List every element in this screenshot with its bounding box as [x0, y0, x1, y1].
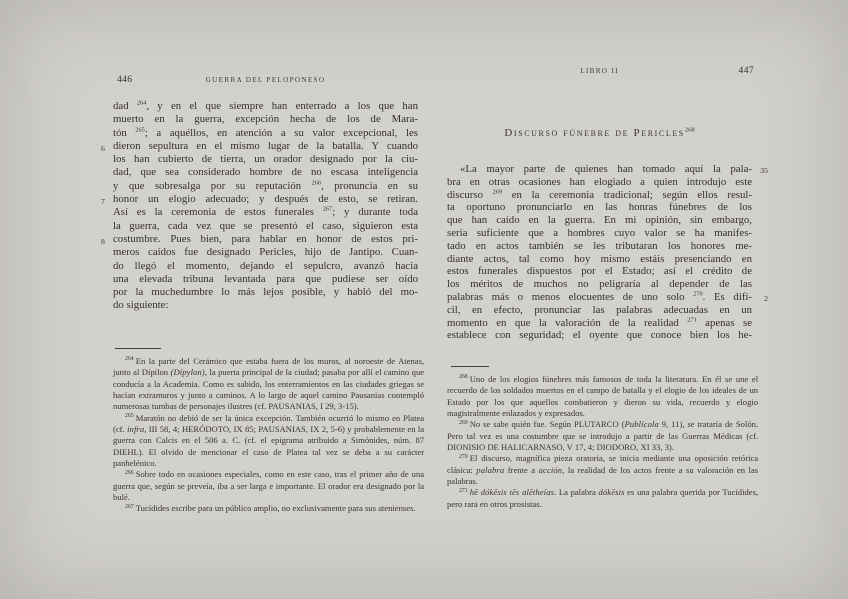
- body-line: ta oportuno pronunciarlo en las honras f…: [447, 201, 752, 214]
- left-footnote-rule: [115, 348, 161, 349]
- body-line: «La mayor parte de quienes han tomado aq…: [447, 163, 752, 176]
- body-line: honor un elogio adecuado; y después de e…: [113, 193, 418, 206]
- body-line: sería suficiente que a hombres cuyo valo…: [447, 227, 752, 240]
- chapter-heading-text: Discurso fúnebre de Pericles: [504, 127, 684, 139]
- footnote-number: 271: [459, 488, 468, 494]
- footnote-267: 267Tucídides escribe para un público amp…: [113, 503, 424, 514]
- footnote-number: 265: [125, 413, 134, 419]
- body-line: los méritos de muchos no peligraría al d…: [447, 278, 752, 291]
- body-line: los han cubierto de tierra, un orador de…: [113, 153, 418, 166]
- body-line: estos funerales dispuestos por el Estado…: [447, 265, 752, 278]
- footnote-number: 264: [125, 356, 134, 362]
- chapter-heading: Discurso fúnebre de Pericles268: [447, 127, 752, 139]
- body-line: palabras más o menos elocuentes de uno s…: [447, 291, 752, 304]
- body-line: do llegó el momento, dejando el sepulcro…: [113, 260, 418, 273]
- right-running-head: LIBRO II: [447, 67, 752, 75]
- body-line: tado en actos también se les tributaran …: [447, 240, 752, 253]
- right-footnote-rule: [451, 366, 489, 367]
- right-footnotes: 268Uno de los elogios fúnebres más famos…: [447, 374, 758, 510]
- footnote-265: 265Maratón no debió de ser la única exce…: [113, 413, 424, 470]
- book-scan: 446 GUERRA DEL PELOPONESO dad 264, y en …: [0, 0, 848, 599]
- left-body-text: dad 264, y en el que siempre han enterra…: [113, 100, 418, 313]
- page-left-446: 446 GUERRA DEL PELOPONESO dad 264, y en …: [113, 0, 418, 599]
- body-line: discurso 269 en la ceremonia tradicional…: [447, 189, 752, 202]
- margin-section-number: 2: [764, 293, 768, 306]
- body-line: cil, en efecto, pronunciar las palabras …: [447, 304, 752, 317]
- body-line: una elevada tribuna levantada para que p…: [113, 273, 418, 286]
- body-line: la guerra, cada vez que se presentó el c…: [113, 220, 418, 233]
- body-line: diante actos, tal como hoy mismo estáis …: [447, 253, 752, 266]
- right-page-number: 447: [739, 66, 754, 76]
- body-line: dad 264, y en el que siempre han enterra…: [113, 100, 418, 113]
- body-line: dad, que sea considerado hombre de no es…: [113, 166, 418, 179]
- footnote-number: 270: [459, 454, 468, 460]
- body-line: momento en que la valoración de la reali…: [447, 317, 752, 330]
- footnote-number: 268: [459, 374, 468, 380]
- footnote-266: 266Sobre todo en ocasiones especiales, c…: [113, 469, 424, 503]
- footnote-271: 271hē dókēsis tēs alētheías. La palabra …: [447, 487, 758, 510]
- footnote-268: 268Uno de los elogios fúnebres más famos…: [447, 374, 758, 419]
- body-line: do siguiente:: [113, 299, 418, 312]
- body-line: Así es la ceremonia de estos funerales 2…: [113, 206, 418, 219]
- left-running-head: GUERRA DEL PELOPONESO: [113, 76, 418, 84]
- margin-section-number: 7: [101, 195, 105, 208]
- left-page-header: 446 GUERRA DEL PELOPONESO: [113, 76, 418, 84]
- page-right-447: LIBRO II 447 Discurso fúnebre de Pericle…: [447, 0, 752, 599]
- left-footnotes: 264En la parte del Cerámico que estaba f…: [113, 356, 424, 515]
- left-page-number: 446: [117, 75, 132, 85]
- footnote-269: 269No se sabe quién fue. Según PLUTARCO …: [447, 419, 758, 453]
- chapter-heading-footnote-ref: 268: [685, 126, 695, 133]
- footnote-number: 267: [125, 504, 134, 510]
- footnote-264: 264En la parte del Cerámico que estaba f…: [113, 356, 424, 413]
- footnote-270: 270El discurso, magnífica pieza oratoria…: [447, 453, 758, 487]
- body-line: bra en otras ocasiones han elogiado a qu…: [447, 176, 752, 189]
- body-line: meros caídos fue designado Pericles, hij…: [113, 246, 418, 259]
- margin-section-number: 8: [101, 235, 105, 248]
- body-line: muerto en la guerra, excepción hecha de …: [113, 113, 418, 126]
- margin-section-number: 6: [101, 142, 105, 155]
- right-page-header: LIBRO II 447: [447, 67, 752, 75]
- body-line: tón 265; a aquéllos, en atención a su va…: [113, 127, 418, 140]
- body-line: por la muchedumbre lo más lejos posible,…: [113, 286, 418, 299]
- footnote-number: 269: [459, 420, 468, 426]
- body-line: y que sobresalga por su reputación 266, …: [113, 180, 418, 193]
- body-line: dieron sepultura en el mismo lugar de la…: [113, 140, 418, 153]
- body-line: establece con seguridad; el oyente que c…: [447, 329, 752, 342]
- footnote-number: 266: [125, 470, 134, 476]
- body-line: costumbre. Pues bien, para hablar en hon…: [113, 233, 418, 246]
- right-body-text: «La mayor parte de quienes han tomado aq…: [447, 163, 752, 342]
- body-line: que han caído en la guerra. En mi opinió…: [447, 214, 752, 227]
